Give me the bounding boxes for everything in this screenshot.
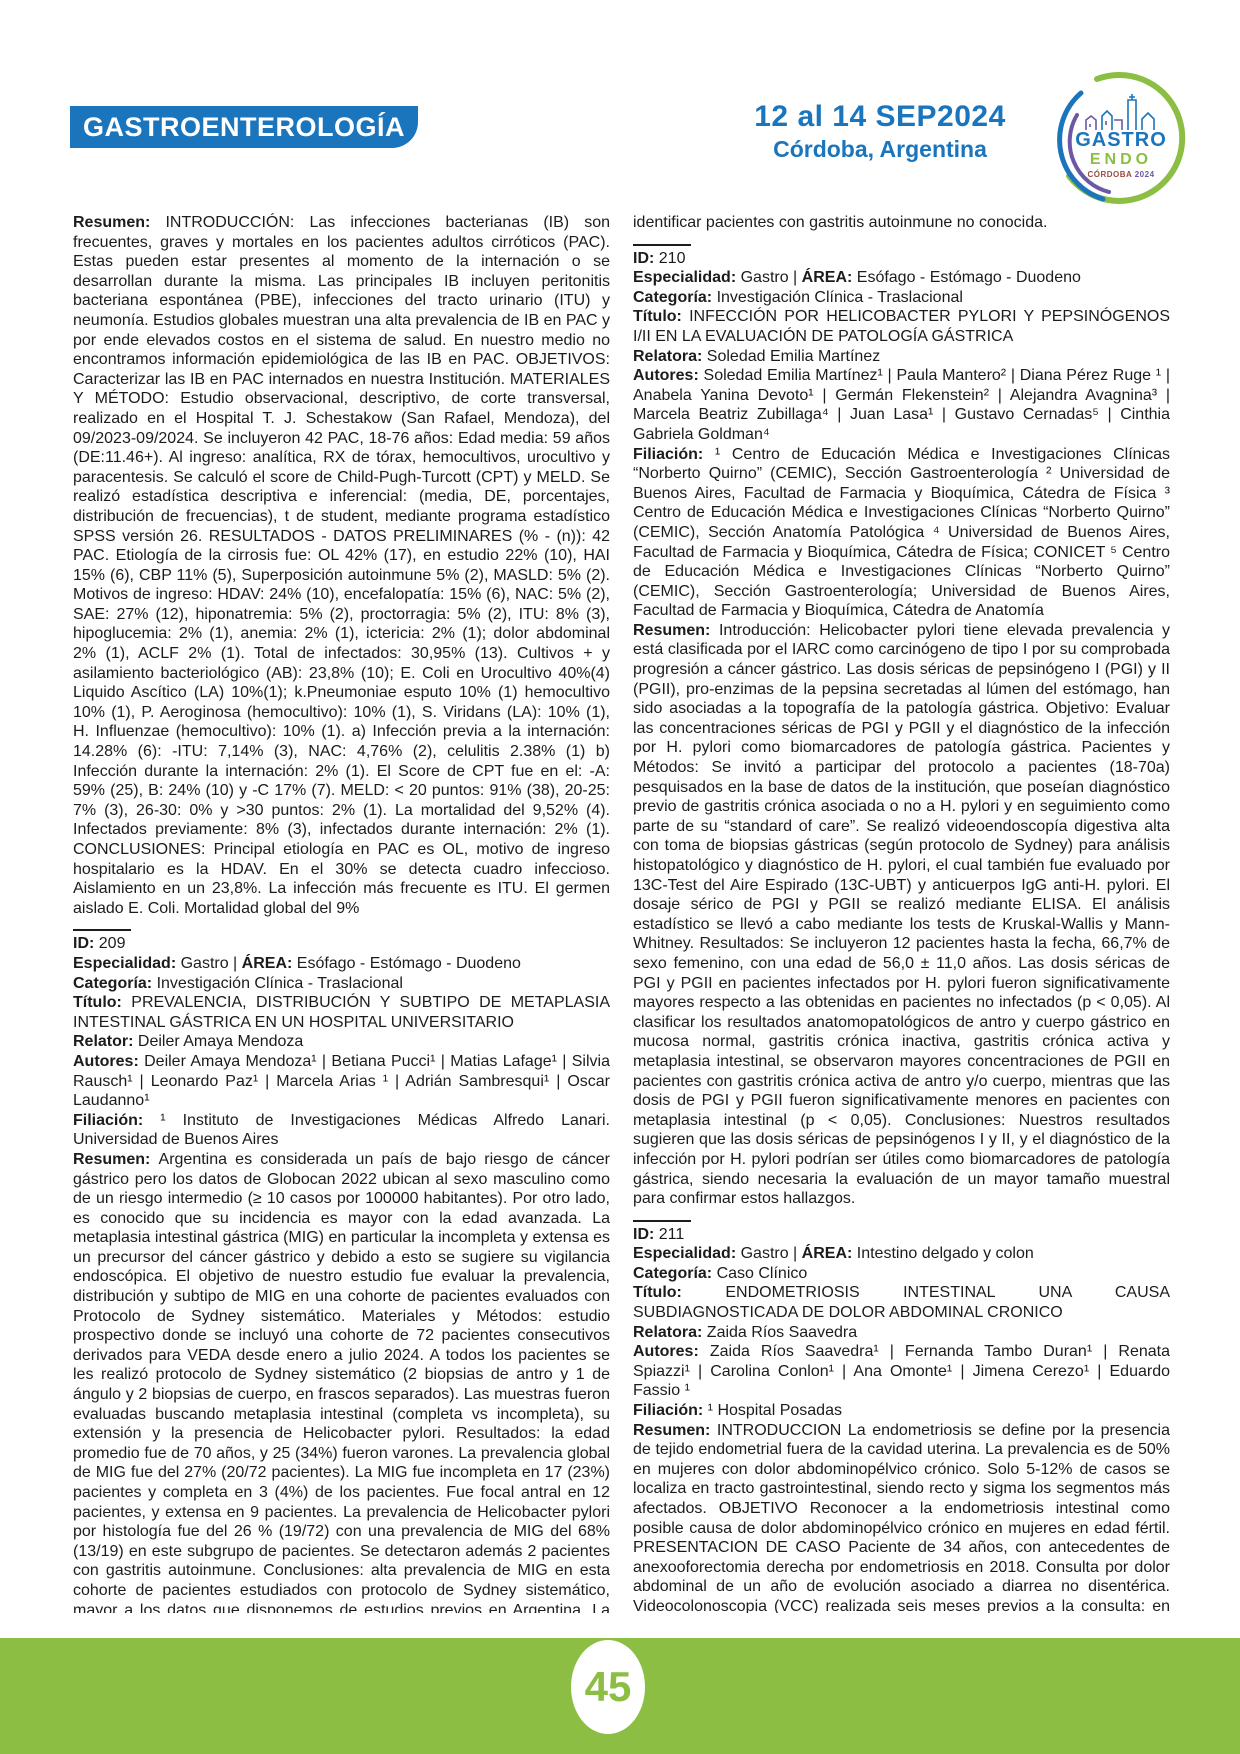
- abstract-paragraph: Categoría: Investigación Clínica - Trasl…: [73, 974, 610, 994]
- footer-bar: 45: [0, 1638, 1240, 1754]
- field-text: identificar pacientes con gastritis auto…: [633, 214, 1047, 231]
- event-date: 12 al 14 SEP2024: [735, 100, 1025, 134]
- field-label: Categoría:: [633, 1265, 717, 1282]
- section-divider: [633, 244, 691, 246]
- section-divider: [73, 929, 131, 931]
- abstract-paragraph: Categoría: Caso Clínico: [633, 1264, 1170, 1284]
- field-label: Especialidad:: [633, 1245, 741, 1262]
- field-label: Autores:: [633, 367, 704, 384]
- field-text: Gastro |: [741, 269, 802, 286]
- abstract-paragraph: Autores: Soledad Emilia Martínez¹ | Paul…: [633, 366, 1170, 444]
- field-text: Esófago - Estómago - Duodeno: [857, 269, 1081, 286]
- field-text: Investigación Clínica - Traslacional: [717, 289, 963, 306]
- abstract-paragraph: Especialidad: Gastro | ÁREA: Intestino d…: [633, 1244, 1170, 1264]
- city-skyline-icon: [1086, 94, 1154, 130]
- field-label: Título:: [633, 1284, 725, 1301]
- field-label: Especialidad:: [73, 955, 181, 972]
- field-label: Especialidad:: [633, 269, 741, 286]
- abstract-paragraph: Especialidad: Gastro | ÁREA: Esófago - E…: [633, 268, 1170, 288]
- field-label: ID:: [633, 1226, 659, 1243]
- field-text: INTRODUCCIÓN: Las infecciones bacteriana…: [73, 214, 610, 917]
- field-label: Título:: [633, 308, 689, 325]
- field-label: Categoría:: [73, 975, 157, 992]
- field-text: Deiler Amaya Mendoza: [138, 1033, 303, 1050]
- field-text: 209: [99, 935, 126, 952]
- field-text: 210: [659, 250, 686, 267]
- abstract-paragraph: Categoría: Investigación Clínica - Trasl…: [633, 288, 1170, 308]
- abstract-paragraph: Especialidad: Gastro | ÁREA: Esófago - E…: [73, 954, 610, 974]
- field-text: Caso Clínico: [717, 1265, 808, 1282]
- field-text: 211: [659, 1226, 685, 1243]
- field-label: Resumen:: [73, 1151, 159, 1168]
- field-text: Zaida Ríos Saavedra¹ | Fernanda Tambo Du…: [633, 1343, 1170, 1399]
- event-date-block: 12 al 14 SEP2024 Córdoba, Argentina: [735, 100, 1025, 163]
- page-number: 45: [585, 1663, 632, 1711]
- field-text: Esófago - Estómago - Duodeno: [297, 955, 521, 972]
- field-text: INFECCIÓN POR HELICOBACTER PYLORI Y PEPS…: [633, 308, 1170, 345]
- logo-year: 2024: [1135, 170, 1155, 179]
- field-label: Relatora:: [633, 1324, 707, 1341]
- congress-logo: GASTRO ENDO CÓRDOBA 2024: [1050, 70, 1192, 212]
- field-label: ID:: [633, 250, 659, 267]
- section-banner: GASTROENTEROLOGÍA: [70, 106, 418, 148]
- field-text: Introducción: Helicobacter pylori tiene …: [633, 622, 1170, 1207]
- right-column: identificar pacientes con gastritis auto…: [633, 213, 1170, 1613]
- field-label: Autores:: [73, 1053, 144, 1070]
- abstract-paragraph: Resumen: Introducción: Helicobacter pylo…: [633, 621, 1170, 1209]
- abstract-paragraph: Resumen: INTRODUCCIÓN: Las infecciones b…: [73, 213, 610, 918]
- abstract-paragraph: ID: 211: [633, 1225, 1170, 1245]
- abstract-paragraph: Relatora: Zaida Ríos Saavedra: [633, 1323, 1170, 1343]
- field-text: Deiler Amaya Mendoza¹ | Betiana Pucci¹ |…: [73, 1053, 610, 1109]
- abstract-paragraph: Filiación: ¹ Centro de Educación Médica …: [633, 445, 1170, 621]
- field-text: Gastro |: [741, 1245, 802, 1262]
- field-text: Intestino delgado y colon: [857, 1245, 1034, 1262]
- logo-city: CÓRDOBA: [1087, 170, 1132, 179]
- abstract-paragraph: Autores: Zaida Ríos Saavedra¹ | Fernanda…: [633, 1342, 1170, 1401]
- field-label: Filiación:: [73, 1112, 160, 1129]
- field-label: ÁREA:: [802, 269, 857, 286]
- left-column: Resumen: INTRODUCCIÓN: Las infecciones b…: [73, 213, 610, 1613]
- field-text: PREVALENCIA, DISTRIBUCIÓN Y SUBTIPO DE M…: [73, 994, 610, 1031]
- field-text: ¹ Centro de Educación Médica e Investiga…: [633, 446, 1170, 620]
- field-label: Resumen:: [73, 214, 165, 231]
- field-text: Soledad Emilia Martínez: [707, 348, 880, 365]
- event-location: Córdoba, Argentina: [735, 136, 1025, 163]
- logo-word-gastro: GASTRO: [1050, 130, 1192, 150]
- section-divider: [633, 1220, 691, 1222]
- field-text: Zaida Ríos Saavedra: [707, 1324, 857, 1341]
- field-label: Resumen:: [633, 622, 719, 639]
- field-label: Resumen:: [633, 1422, 717, 1439]
- field-text: ¹ Hospital Posadas: [708, 1402, 842, 1419]
- abstract-paragraph: Título: PREVALENCIA, DISTRIBUCIÓN Y SUBT…: [73, 993, 610, 1032]
- abstract-paragraph: Resumen: Argentina es considerada un paí…: [73, 1150, 610, 1613]
- abstract-paragraph: ID: 210: [633, 249, 1170, 269]
- abstract-paragraph: Resumen: INTRODUCCION La endometriosis s…: [633, 1421, 1170, 1613]
- field-label: Relatora:: [633, 348, 707, 365]
- abstract-paragraph: Filiación: ¹ Hospital Posadas: [633, 1401, 1170, 1421]
- field-label: ÁREA:: [242, 955, 297, 972]
- section-title: GASTROENTEROLOGÍA: [83, 112, 405, 143]
- field-label: Título:: [73, 994, 131, 1011]
- abstract-paragraph: identificar pacientes con gastritis auto…: [633, 213, 1170, 233]
- field-label: Categoría:: [633, 289, 717, 306]
- abstract-paragraph: Relatora: Soledad Emilia Martínez: [633, 347, 1170, 367]
- field-label: ÁREA:: [802, 1245, 857, 1262]
- congress-logo-text: GASTRO ENDO CÓRDOBA 2024: [1050, 130, 1192, 179]
- abstract-paragraph: Título: INFECCIÓN POR HELICOBACTER PYLOR…: [633, 307, 1170, 346]
- abstract-paragraph: Filiación: ¹ Instituto de Investigacione…: [73, 1111, 610, 1150]
- abstract-book-page: GASTROENTEROLOGÍA 12 al 14 SEP2024 Córdo…: [0, 0, 1240, 1754]
- abstract-paragraph: Título: ENDOMETRIOSIS INTESTINAL UNA CAU…: [633, 1283, 1170, 1322]
- abstract-paragraph: Relator: Deiler Amaya Mendoza: [73, 1032, 610, 1052]
- field-label: ID:: [73, 935, 99, 952]
- abstracts-area: Resumen: INTRODUCCIÓN: Las infecciones b…: [73, 213, 1170, 1613]
- abstract-paragraph: ID: 209: [73, 934, 610, 954]
- field-text: INTRODUCCION La endometriosis se define …: [633, 1422, 1170, 1613]
- field-label: Relator:: [73, 1033, 138, 1050]
- field-text: Investigación Clínica - Traslacional: [157, 975, 403, 992]
- abstract-paragraph: Autores: Deiler Amaya Mendoza¹ | Betiana…: [73, 1052, 610, 1111]
- field-label: Filiación:: [633, 1402, 708, 1419]
- page-number-badge: 45: [571, 1640, 645, 1734]
- field-text: Gastro |: [181, 955, 242, 972]
- field-label: Filiación:: [633, 446, 715, 463]
- field-text: Soledad Emilia Martínez¹ | Paula Mantero…: [633, 367, 1170, 443]
- logo-word-endo: ENDO: [1050, 152, 1192, 168]
- logo-subline: CÓRDOBA 2024: [1050, 171, 1192, 179]
- field-text: Argentina es considerada un país de bajo…: [73, 1151, 610, 1613]
- field-label: Autores:: [633, 1343, 710, 1360]
